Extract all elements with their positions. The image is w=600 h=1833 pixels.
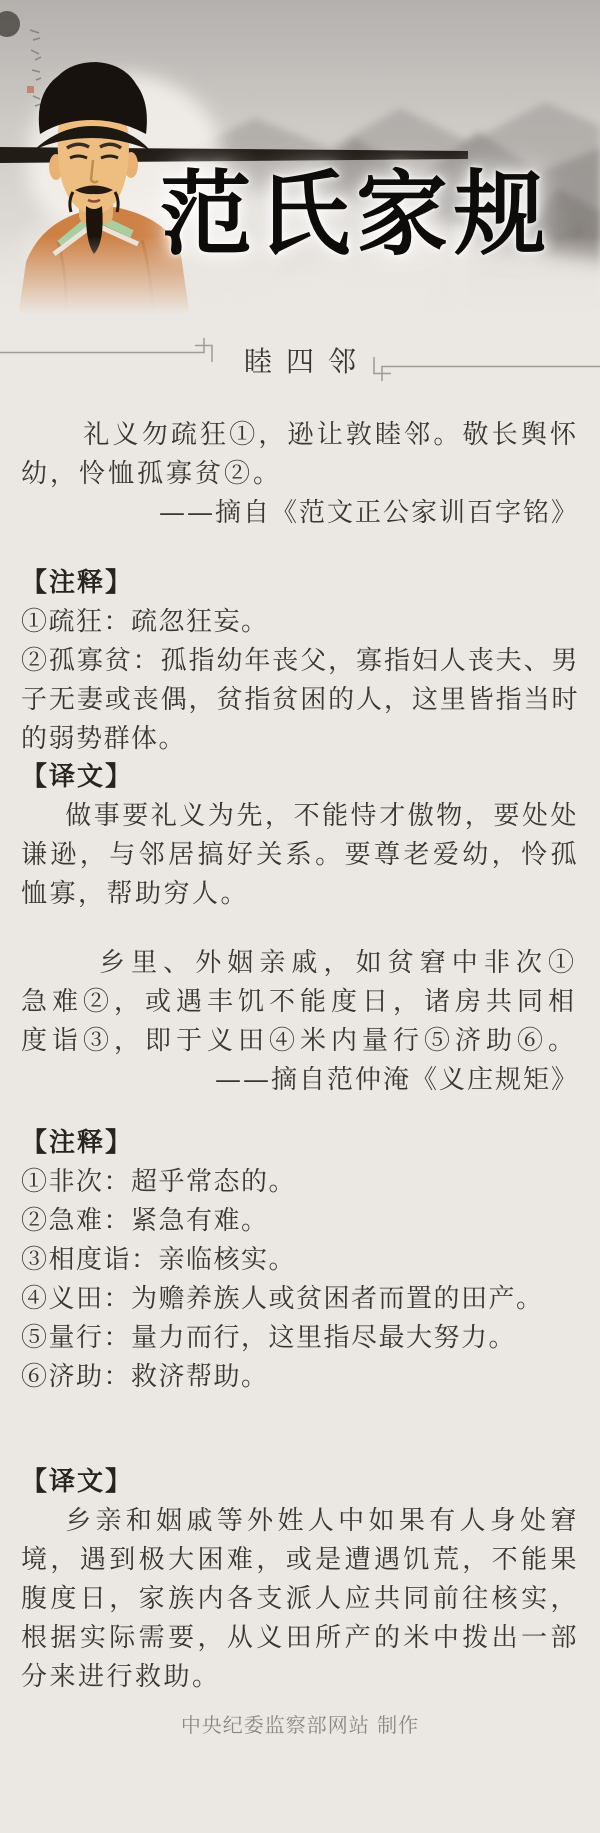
poster: 范氏家规 睦四邻 礼义勿疏狂①，逊让敦睦邻。敬长舆怀幼，怜恤孤寡贫②。 ——摘自… bbox=[0, 0, 600, 1833]
page-title: 范氏家规 bbox=[160, 164, 592, 264]
quote-1-source: ——摘自《范文正公家训百字铭》 bbox=[21, 494, 579, 533]
notes-1: 【注释】 ①疏狂：疏忽狂妄。 ②孤寡贫：孤指幼年丧父，寡指妇人丧夫、男子无妻或丧… bbox=[21, 564, 579, 759]
notes-2-list: ①非次：超乎常态的。 ②急难：紧急有难。 ③相度诣：亲临核实。 ④义田：为赡养族… bbox=[21, 1163, 579, 1397]
translation-2-text: 乡亲和姻戚等外姓人中如果有人身处窘境，遇到极大困难，或是遭遇饥荒，不能果腹度日，… bbox=[21, 1502, 579, 1697]
notes-2-header: 【注释】 bbox=[21, 1124, 579, 1163]
note-item: ②孤寡贫：孤指幼年丧父，寡指妇人丧夫、男子无妻或丧偶，贫指贫困的人，这里皆指当时… bbox=[21, 642, 579, 759]
section-header: 睦四邻 bbox=[0, 334, 600, 394]
notes-2: 【注释】 ①非次：超乎常态的。 ②急难：紧急有难。 ③相度诣：亲临核实。 ④义田… bbox=[21, 1124, 579, 1397]
header-banner: 范氏家规 bbox=[0, 0, 600, 332]
seal-stamp bbox=[27, 86, 34, 93]
note-item: ①非次：超乎常态的。 bbox=[21, 1163, 579, 1202]
translation-2-header: 【译文】 bbox=[21, 1463, 579, 1502]
note-item: ⑤量行：量力而行，这里指尽最大努力。 bbox=[21, 1319, 579, 1358]
quote-1: 礼义勿疏狂①，逊让敦睦邻。敬长舆怀幼，怜恤孤寡贫②。 ——摘自《范文正公家训百字… bbox=[21, 416, 579, 533]
translation-2: 【译文】 乡亲和姻戚等外姓人中如果有人身处窘境，遇到极大困难，或是遭遇饥荒，不能… bbox=[21, 1463, 579, 1697]
notes-1-list: ①疏狂：疏忽狂妄。 ②孤寡贫：孤指幼年丧父，寡指妇人丧夫、男子无妻或丧偶，贫指贫… bbox=[21, 603, 579, 759]
translation-1: 【译文】 做事要礼义为先，不能恃才傲物，要处处谦逊，与邻居搞好关系。要尊老爱幼，… bbox=[21, 758, 579, 914]
translation-1-text: 做事要礼义为先，不能恃才傲物，要处处谦逊，与邻居搞好关系。要尊老爱幼，怜孤恤寡，… bbox=[21, 797, 579, 914]
footer-credit: 中央纪委监察部网站 制作 bbox=[0, 1712, 600, 1738]
note-item: ③相度诣：亲临核实。 bbox=[21, 1241, 579, 1280]
translation-1-header: 【译文】 bbox=[21, 758, 579, 797]
quote-2-source: ——摘自范仲淹《义庄规矩》 bbox=[21, 1061, 579, 1100]
quote-2: 乡里、外姻亲戚，如贫窘中非次①急难②，或遇丰饥不能度日，诸房共同相度诣③，即于义… bbox=[21, 944, 579, 1100]
section-title: 睦四邻 bbox=[0, 345, 600, 379]
note-item: ②急难：紧急有难。 bbox=[21, 1202, 579, 1241]
quote-2-text: 乡里、外姻亲戚，如贫窘中非次①急难②，或遇丰饥不能度日，诸房共同相度诣③，即于义… bbox=[21, 944, 579, 1061]
note-item: ⑥济助：救济帮助。 bbox=[21, 1358, 579, 1397]
quote-1-text: 礼义勿疏狂①，逊让敦睦邻。敬长舆怀幼，怜恤孤寡贫②。 bbox=[21, 416, 579, 494]
notes-1-header: 【注释】 bbox=[21, 564, 579, 603]
note-item: ①疏狂：疏忽狂妄。 bbox=[21, 603, 579, 642]
note-item: ④义田：为赡养族人或贫困者而置的田产。 bbox=[21, 1280, 579, 1319]
